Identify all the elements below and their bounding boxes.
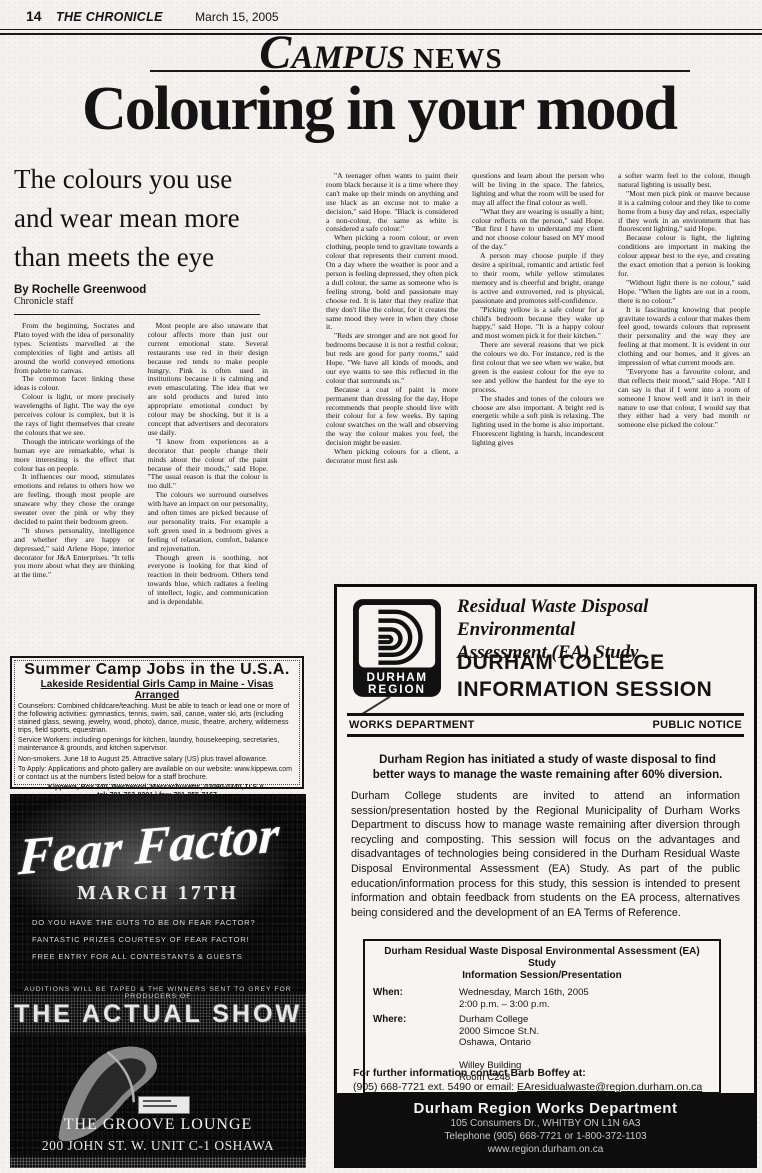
contact-email: EAresidualwaste@region.durham.on.ca (517, 1081, 702, 1093)
article-column-1: From the beginning, Socrates and Plato t… (14, 322, 135, 644)
masthead: 14 THE CHRONICLE March 15, 2005 (26, 8, 279, 26)
summer-camp-ad: Summer Camp Jobs in the U.S.A. Lakeside … (10, 656, 304, 789)
camp-ad-subtitle: Lakeside Residential Girls Camp in Maine… (18, 679, 296, 701)
ad-intro-paragraph: Durham Region has initiated a study of w… (371, 753, 724, 783)
fear-ad-logo-box (138, 1096, 190, 1114)
svg-text:REGION: REGION (368, 683, 426, 696)
article-column-5: a softer warm feel to the colour, though… (618, 172, 750, 580)
contact-phone: (905) 668-7721 ext. 5490 or email: (353, 1081, 517, 1093)
works-department-label: WORKS DEPARTMENT (349, 719, 475, 731)
fear-ad-lines: DO YOU HAVE THE GUTS TO BE ON FEAR FACTO… (32, 916, 296, 967)
article-column-4: questions and learn about the person who… (472, 172, 604, 580)
fear-ad-venue: THE GROOVE LOUNGE (10, 1116, 306, 1134)
durham-region-ad: DURHAM REGION Residual Waste Disposal En… (334, 584, 757, 1168)
headline: Colouring in your mood (0, 70, 758, 148)
college-line1: DURHAM COLLEGE (457, 649, 712, 676)
contact-line: (905) 668-7721 ext. 5490 or email: EAres… (353, 1081, 702, 1093)
details-box-header: Durham Residual Waste Disposal Environme… (373, 946, 711, 982)
byline-rule (14, 314, 260, 315)
college-line2: INFORMATION SESSION (457, 676, 712, 703)
byline-author: By Rochelle Greenwood (14, 284, 146, 296)
fear-ad-show-title: THE ACTUAL SHOW (14, 1000, 302, 1028)
details-header-line2: Information Session/Presentation (373, 970, 711, 982)
details-header-line1: Durham Residual Waste Disposal Environme… (373, 946, 711, 970)
page-number: 14 (26, 8, 42, 24)
article-column-3: "A teenager often wants to paint their r… (326, 172, 458, 580)
fear-ad-date: MARCH 17TH (10, 882, 306, 905)
byline-org: Chronicle staff (14, 296, 146, 307)
when-value: Wednesday, March 16th, 20052:00 p.m. – 3… (459, 987, 711, 1010)
ea-title-line1: Residual Waste Disposal Environmental (457, 595, 754, 641)
works-department-bar: WORKS DEPARTMENT PUBLIC NOTICE (347, 713, 744, 737)
footer-lines: 105 Consumers Dr., WHITBY ON L1N 6A3Tele… (337, 1117, 754, 1156)
fear-ad-address: 200 JOHN ST. W. UNIT C-1 OSHAWA (10, 1138, 306, 1154)
durham-footer-bar: Durham Region Works Department 105 Consu… (337, 1093, 754, 1165)
camp-ad-body: Counselors: Combined childcare/teaching.… (18, 703, 296, 800)
paper-name: THE CHRONICLE (56, 10, 163, 24)
when-row: When: Wednesday, March 16th, 20052:00 p.… (373, 987, 711, 1010)
durham-region-logo: DURHAM REGION (353, 599, 441, 702)
article-right-columns: "A teenager often wants to paint their r… (326, 172, 750, 580)
public-notice-label: PUBLIC NOTICE (653, 719, 742, 731)
article-column-2: Most people are also unaware that colour… (148, 322, 269, 644)
ad-long-paragraph: Durham College students are invited to a… (351, 789, 740, 920)
fear-factor-ad: Fear Factor MARCH 17TH DO YOU HAVE THE G… (10, 794, 306, 1168)
contact-heading: For further information contact Barb Bof… (353, 1067, 586, 1079)
subheadline: The colours you use and wear mean more t… (14, 160, 276, 277)
issue-date: March 15, 2005 (195, 10, 278, 24)
article-left-columns: From the beginning, Socrates and Plato t… (14, 322, 268, 644)
byline: By Rochelle Greenwood Chronicle staff (14, 284, 146, 307)
masthead-rule-thin (0, 29, 762, 30)
footer-title: Durham Region Works Department (337, 1100, 754, 1117)
newspaper-page: 14 THE CHRONICLE March 15, 2005 CAMPUS N… (0, 0, 762, 1173)
college-session-title: DURHAM COLLEGE INFORMATION SESSION (457, 649, 712, 703)
when-label: When: (373, 987, 459, 1010)
ad-grit-strip (10, 1157, 306, 1168)
camp-ad-title: Summer Camp Jobs in the U.S.A. (18, 661, 296, 678)
